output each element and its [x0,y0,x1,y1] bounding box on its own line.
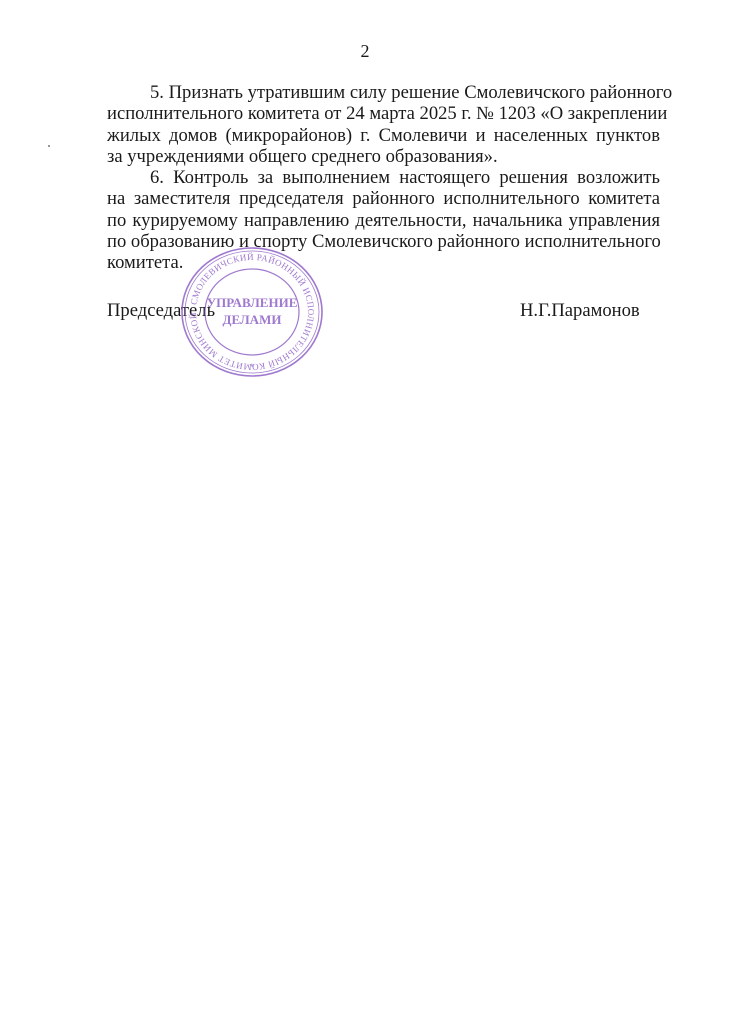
stamp-star-icon: * [250,362,255,372]
scan-artifact-dot [48,145,50,147]
paragraph-line: по курируемому направлению деятельности,… [107,210,660,231]
stamp-center-line-2: ДЕЛАМИ [223,312,282,327]
paragraph-5: 5. Признать утратившим силу решение Смол… [107,82,660,167]
official-stamp: СМОЛЕВИЧСКИЙ РАЙОННЫЙ ИСПОЛНИТЕЛЬНЫЙ КОМ… [178,246,326,378]
paragraph-line: 5. Признать утратившим силу решение Смол… [107,82,660,103]
paragraph-line: 6. Контроль за выполнением настоящего ре… [107,167,660,188]
paragraph-line: на заместителя председателя районного ис… [107,188,660,209]
paragraph-line: исполнительного комитета от 24 марта 202… [107,103,660,124]
document-body: 5. Признать утратившим силу решение Смол… [107,82,660,274]
paragraph-line: жилых домов (микрорайонов) г. Смолевичи … [107,125,660,146]
paragraph-line: за учреждениями общего среднего образова… [107,146,660,167]
signatory-name: Н.Г.Парамонов [520,300,640,322]
stamp-center-line-1: УПРАВЛЕНИЕ [207,295,298,310]
page-number: 2 [0,40,730,62]
